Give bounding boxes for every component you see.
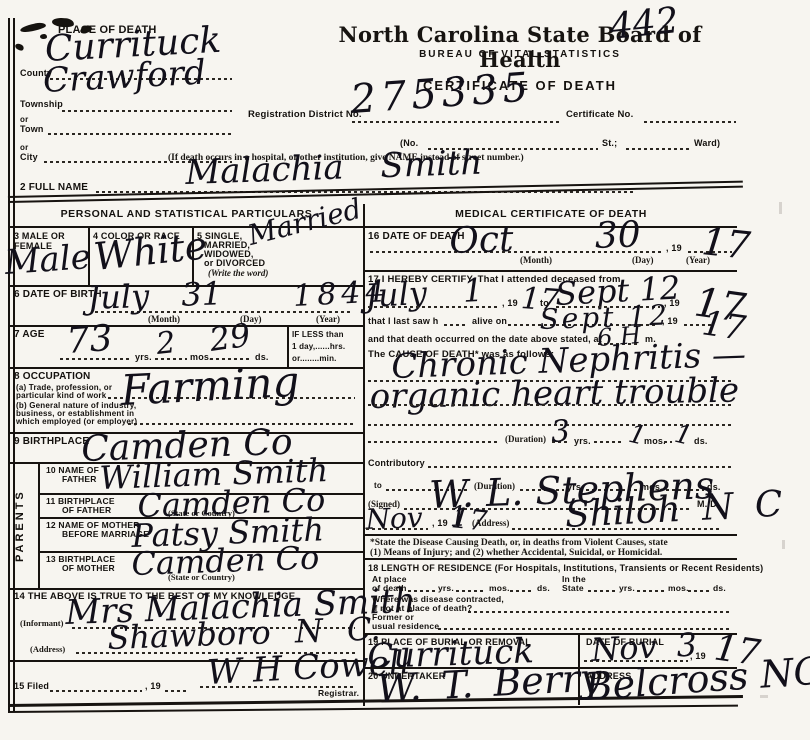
row-border [10,325,363,327]
registrar-label: Registrar. [318,689,359,699]
dod-day-hint: (Day) [632,255,654,265]
scan-artifact [779,202,782,214]
residence-label: 18 LENGTH OF RESIDENCE (For Hospitals, I… [368,563,763,573]
ink-smudge [14,42,25,52]
dob-year-hint: (Year) [316,314,340,324]
row-border [365,558,737,560]
last-saw-h-line [444,324,466,326]
mother-birthplace-value: Camden Co [131,541,320,580]
duration-yrs-hint: yrs. [574,436,591,446]
marital-value: Married [245,195,364,250]
age-months-value: 2 [155,328,177,360]
res-yrs-line [408,590,436,592]
footnote-line-1: *State the Disease Causing Death, or, in… [370,538,668,548]
res-mos-line [456,590,486,592]
left-border-outer [8,18,10,712]
from-19: , 19 [502,298,518,308]
page-number-handwritten: 442 [608,3,680,46]
occupation-label: 8 OCCUPATION [14,371,90,383]
res-state-ds-hint: ds. [713,584,726,594]
occupation-a-2: particular kind of work [16,391,106,400]
sign-address-hint: (Address) [472,518,509,528]
duration-mos-hint: mos. [644,436,666,446]
age-years-value: 73 [65,321,113,360]
scan-artifact [760,695,768,698]
filed-year-line [165,690,187,692]
res-mos-hint: mos. [489,584,510,594]
last-saw-label: that I last saw h [368,316,438,326]
township-value: Crawford [42,56,206,98]
attended-from-line [368,306,498,308]
registration-district-value: 275335 [349,67,534,120]
duration-ds-hint: ds. [694,436,708,446]
duration-hint: (Duration) [505,434,546,444]
if-less-label-2: 1 day,......hrs. [292,342,345,351]
registration-district-line [352,121,560,123]
sign-date-line [366,528,428,530]
res-state-mos-hint: mos. [668,584,689,594]
row-border [365,270,737,272]
ink-smudge [20,21,47,33]
if-less-label-3: or........min. [292,354,337,363]
if-less-label-1: IF LESS than [292,330,344,339]
parents-strip-divider [38,462,40,588]
full-name-value: Malachia Smith [185,146,483,190]
duration-yrs-value: 3 [550,417,571,448]
age-days-value: 29 [208,319,253,356]
alive-on-label: alive on [472,316,507,326]
parents-vertical-label: PARENTS [14,478,27,574]
contracted-line [468,611,732,613]
footnote-line-2: (1) Means of Injury; and (2) whether Acc… [370,548,662,558]
undertaker-value: W. T. Berry [376,658,602,708]
township-label: Township [20,99,63,109]
contributory-label: Contributory [368,458,425,468]
duration-ds-line [664,441,672,443]
st-label: St.; [602,138,617,148]
filed-line [50,690,142,692]
informant-hint: (Informant) [20,618,63,628]
bureau-subtitle: BUREAU OF VITAL STATISTICS [320,49,720,61]
dod-year-value: 17 [700,222,752,265]
left-border-inner [13,18,15,712]
duration-mos-line [594,441,622,443]
dob-value: July 31 [87,277,223,314]
sign-19: , 19 [432,518,448,528]
cause-line-2-value: organic heart trouble [369,374,739,414]
duration-lead-line [368,441,500,443]
ward-line [626,148,690,150]
father-name-label-2: FATHER [62,475,97,485]
filed-label: 15 Filed [14,681,49,691]
mother-birthplace-label-2: OF MOTHER [62,564,115,574]
contributory-to-label: to [374,481,382,490]
occupation-b-3: which employed (or employer) [16,417,137,426]
father-birthplace-label-2: OF FATHER [62,506,111,516]
res-state-ds-line [688,590,710,592]
at-place-label-2: of death [372,584,407,594]
full-name-label: 2 FULL NAME [20,182,88,194]
cause-line-2 [368,404,732,406]
dob-month-hint: (Month) [148,314,180,324]
sign-address-value: Shiloh N C [564,487,783,534]
occupation-value: Farming [120,361,301,412]
res-ds-hint: ds. [537,584,550,594]
or-town-or: or [20,115,28,124]
informant-address-hint: (Address) [30,644,65,654]
age-label: 7 AGE [14,329,45,341]
race-value: White [92,226,209,276]
res-ds-line [510,590,534,592]
dod-value: Oct 30 [449,217,642,260]
town-label: Town [20,124,44,134]
dod-19: , 19 [666,243,682,253]
or-city-or: or [20,143,28,152]
former-label-2: usual residence [372,622,439,632]
city-label: City [20,152,38,162]
death-certificate-scan: PLACE OF DEATH County Currituck Township… [0,0,810,740]
sex-value: Male [4,240,92,280]
age-yrs-hint: yrs. [135,352,152,362]
birthplace-label: 9 BIRTHPLACE [14,436,89,448]
marital-label-4: or DIVORCED [204,258,265,268]
res-state-yrs-hint: yrs. [619,584,635,594]
registration-district-label: Registration District No. [248,110,362,121]
ward-label: Ward) [694,138,720,148]
res-state-mos-line [637,590,665,592]
certificate-no-label: Certificate No. [566,110,633,121]
res-yrs-hint: yrs. [438,584,454,594]
res-state-yrs-line [588,590,616,592]
filed-19: , 19 [145,681,161,691]
township-line [62,110,232,112]
last-saw-19: , 19 [662,316,678,326]
town-line [48,133,232,135]
row-border [365,534,737,536]
certificate-no-line [644,121,736,123]
state-label: State [562,584,584,594]
scan-artifact [782,540,785,549]
